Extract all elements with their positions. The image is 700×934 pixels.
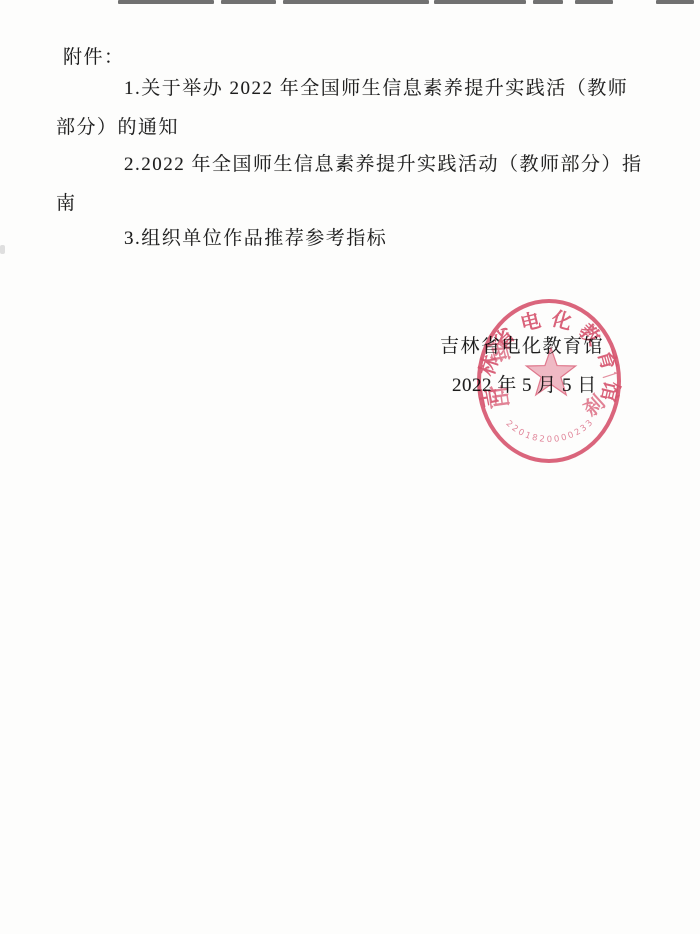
scan-smudge [0,245,5,254]
attachment-item-2-line-2: 南 [56,188,77,215]
attachments-label: 附件： [63,42,125,69]
scan-artifact-segment [118,0,214,4]
scan-artifact-segment [434,0,526,4]
scan-artifact-segment [221,0,276,4]
seal-star-icon [526,348,575,395]
scan-artifact-segment [656,0,694,4]
attachment-item-1-line-2: 部分）的通知 [56,112,179,139]
attachment-item-3: 3.组织单位作品推荐参考指标 [124,223,387,250]
seal-graphic: 吉林省电化教育馆 2201820000233 [476,298,622,464]
attachment-item-1-line-1: 1.关于举办 2022 年全国师生信息素养提升实践活（教师 [124,73,628,100]
official-seal: 吉林省电化教育馆 2201820000233 海 坦 刹 一 [476,298,622,464]
scanned-document-page: 附件： 1.关于举办 2022 年全国师生信息素养提升实践活（教师 部分）的通知… [0,0,700,934]
scan-artifact-segment [283,0,429,4]
scan-artifact-segment [533,0,563,4]
seal-serial-number: 2201820000233 [504,417,597,445]
scan-artifact-segment [575,0,613,4]
attachment-item-2-line-1: 2.2022 年全国师生信息素养提升实践活动（教师部分）指 [124,149,643,176]
